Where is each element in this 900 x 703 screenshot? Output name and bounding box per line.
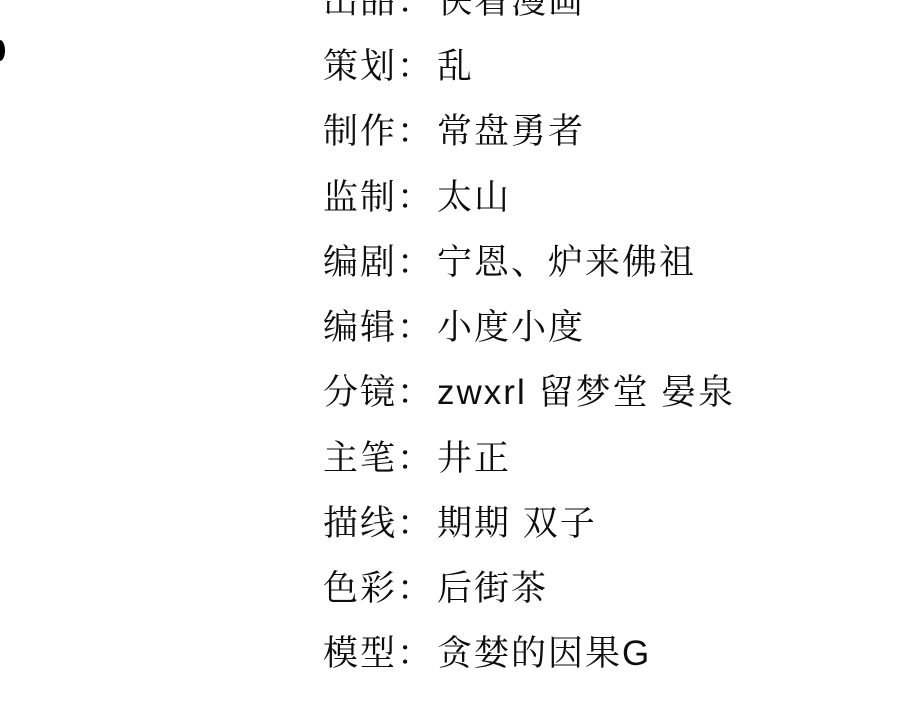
- credit-value: 快看漫画: [437, 0, 585, 19]
- credit-role: 编辑: [323, 310, 397, 345]
- credit-role: 监制: [323, 180, 397, 215]
- credit-colon: ：: [397, 571, 433, 606]
- credit-colon: ：: [397, 375, 433, 410]
- credit-row-production: 制作：常盘勇者: [323, 114, 585, 149]
- credit-row-editor: 编辑：小度小度: [323, 310, 585, 345]
- credit-value: 期期 双子: [437, 506, 597, 541]
- credit-row-producer: 出品：快看漫画: [323, 0, 585, 19]
- credit-colon: ：: [397, 49, 433, 84]
- credit-role: 模型: [323, 636, 397, 671]
- credit-role: 策划: [323, 49, 397, 84]
- credit-colon: ：: [397, 310, 433, 345]
- credit-value: 乱: [437, 49, 474, 84]
- credit-role: 色彩: [323, 571, 397, 606]
- credit-row-lead-artist: 主笔：井正: [323, 441, 511, 476]
- credit-colon: ：: [397, 441, 433, 476]
- credit-role: 制作: [323, 114, 397, 149]
- credit-role: 描线: [323, 506, 397, 541]
- credit-row-color: 色彩：后街茶: [323, 571, 548, 606]
- credit-colon: ：: [397, 506, 433, 541]
- credit-colon: ：: [397, 0, 433, 19]
- credit-role: 分镜: [323, 375, 397, 410]
- credit-role: 主笔: [323, 441, 397, 476]
- credit-value: 宁恩、炉来佛祖: [437, 245, 696, 280]
- credit-value: 常盘勇者: [437, 114, 585, 149]
- credit-colon: ：: [397, 636, 433, 671]
- credit-value: 小度小度: [437, 310, 585, 345]
- credit-value: 太山: [437, 180, 511, 215]
- credit-value: 后街茶: [437, 571, 548, 606]
- credit-row-screenwriter: 编剧：宁恩、炉来佛祖: [323, 245, 696, 280]
- credit-row-planning: 策划：乱: [323, 49, 474, 84]
- credit-row-lineart: 描线：期期 双子: [323, 506, 597, 541]
- credit-row-model: 模型：贪婪的因果G: [323, 636, 651, 671]
- credit-value: zwxrl 留梦堂 晏泉: [437, 375, 735, 410]
- credit-colon: ：: [397, 180, 433, 215]
- credit-colon: ：: [397, 114, 433, 149]
- credit-colon: ：: [397, 245, 433, 280]
- credit-value: 贪婪的因果G: [437, 636, 651, 671]
- credit-role: 出品: [323, 0, 397, 19]
- credit-role: 编剧: [323, 245, 397, 280]
- credits-page: 出品：快看漫画 策划：乱 制作：常盘勇者 监制：太山 编剧：宁恩、炉来佛祖 编辑…: [0, 0, 900, 703]
- credit-value: 井正: [437, 441, 511, 476]
- credit-row-storyboard: 分镜：zwxrl 留梦堂 晏泉: [323, 375, 735, 410]
- credit-row-supervisor: 监制：太山: [323, 180, 511, 215]
- left-edge-ink-fragment: [0, 40, 5, 61]
